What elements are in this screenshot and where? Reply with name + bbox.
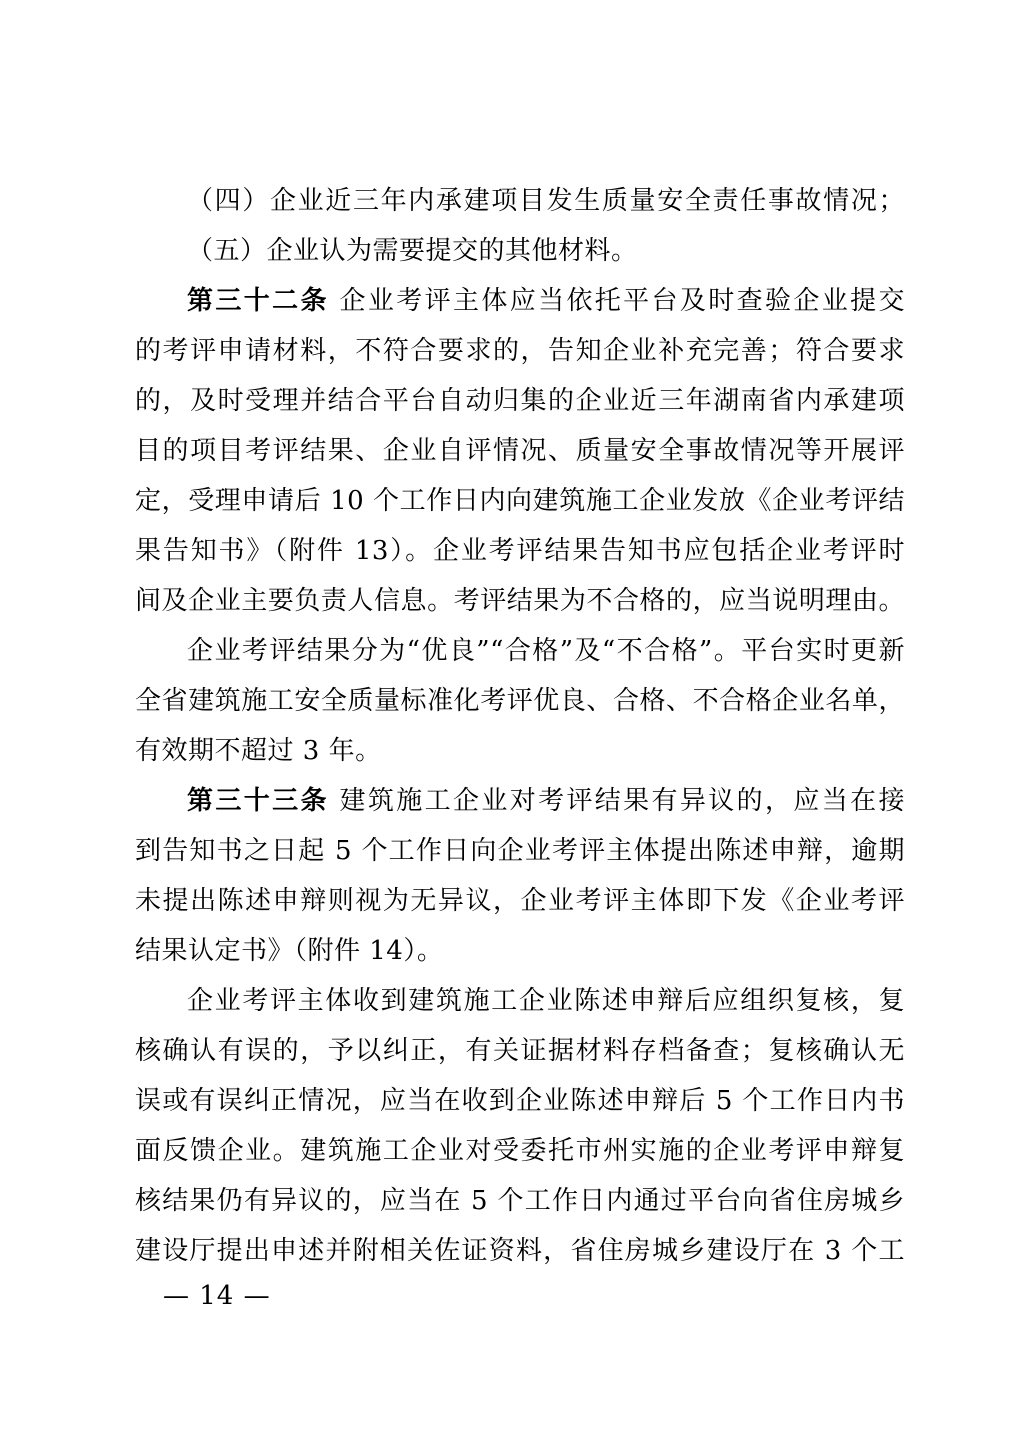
text-line: 误或有误纠正情况，应当在收到企业陈述申辩后 5 个工作日内书	[135, 1076, 905, 1126]
document-page: （四）企业近三年内承建项目发生质量安全责任事故情况；（五）企业认为需要提交的其他…	[0, 0, 1024, 1448]
text-line: 企业考评结果分为“优良”“合格”及“不合格”。平台实时更新	[135, 626, 905, 676]
text-segment: 企业考评主体应当依托平台及时查验企业提交	[329, 286, 905, 316]
text-segment: 核结果仍有异议的，应当在 5 个工作日内通过平台向省住房城乡	[135, 1186, 905, 1216]
text-segment: 的，及时受理并结合平台自动归集的企业近三年湖南省内承建项	[135, 386, 905, 416]
text-segment: 的考评申请材料，不符合要求的，告知企业补充完善；符合要求	[135, 336, 905, 366]
text-line: 核结果仍有异议的，应当在 5 个工作日内通过平台向省住房城乡	[135, 1176, 905, 1226]
text-line: 面反馈企业。建筑施工企业对受委托市州实施的企业考评申辩复	[135, 1126, 905, 1176]
text-segment: 间及企业主要负责人信息。考评结果为不合格的，应当说明理由。	[135, 586, 905, 616]
text-segment: 有效期不超过 3 年。	[135, 736, 382, 766]
text-line: 第三十二条 企业考评主体应当依托平台及时查验企业提交	[135, 276, 905, 326]
text-segment: 企业考评主体收到建筑施工企业陈述申辩后应组织复核，复	[187, 986, 905, 1016]
document-body: （四）企业近三年内承建项目发生质量安全责任事故情况；（五）企业认为需要提交的其他…	[135, 176, 905, 1276]
text-line: 核确认有误的，予以纠正，有关证据材料存档备查；复核确认无	[135, 1026, 905, 1076]
article-heading: 第三十二条	[187, 286, 329, 316]
text-segment: 未提出陈述申辩则视为无异议，企业考评主体即下发《企业考评	[135, 886, 905, 916]
text-segment: 结果认定书》（附件 14）。	[135, 936, 443, 966]
text-segment: 到告知书之日起 5 个工作日向企业考评主体提出陈述申辩，逾期	[135, 836, 905, 866]
text-segment: 果告知书》（附件 13）。企业考评结果告知书应包括企业考评时	[135, 536, 905, 566]
text-line: 建设厅提出申述并附相关佐证资料，省住房城乡建设厅在 3 个工	[135, 1226, 905, 1276]
text-segment: 全省建筑施工安全质量标准化考评优良、合格、不合格企业名单，	[135, 686, 905, 716]
text-segment: 误或有误纠正情况，应当在收到企业陈述申辩后 5 个工作日内书	[135, 1086, 905, 1116]
text-segment: 目的项目考评结果、企业自评情况、质量安全事故情况等开展评	[135, 436, 905, 466]
text-line: 间及企业主要负责人信息。考评结果为不合格的，应当说明理由。	[135, 576, 905, 626]
text-line: 有效期不超过 3 年。	[135, 726, 905, 776]
text-segment: 企业考评结果分为“优良”“合格”及“不合格”。平台实时更新	[187, 636, 905, 666]
article-heading: 第三十三条	[187, 786, 329, 816]
text-line: 目的项目考评结果、企业自评情况、质量安全事故情况等开展评	[135, 426, 905, 476]
text-line: 果告知书》（附件 13）。企业考评结果告知书应包括企业考评时	[135, 526, 905, 576]
text-segment: （五）企业认为需要提交的其他材料。	[187, 236, 638, 266]
text-line: 的，及时受理并结合平台自动归集的企业近三年湖南省内承建项	[135, 376, 905, 426]
text-line: （四）企业近三年内承建项目发生质量安全责任事故情况；	[135, 176, 905, 226]
text-line: 到告知书之日起 5 个工作日向企业考评主体提出陈述申辩，逾期	[135, 826, 905, 876]
text-segment: 定，受理申请后 10 个工作日内向建筑施工企业发放《企业考评结	[135, 486, 905, 516]
page-number: — 14 —	[163, 1280, 271, 1312]
text-line: 第三十三条 建筑施工企业对考评结果有异议的，应当在接	[135, 776, 905, 826]
text-segment: 建设厅提出申述并附相关佐证资料，省住房城乡建设厅在 3 个工	[135, 1236, 905, 1266]
text-line: 定，受理申请后 10 个工作日内向建筑施工企业发放《企业考评结	[135, 476, 905, 526]
text-line: 的考评申请材料，不符合要求的，告知企业补充完善；符合要求	[135, 326, 905, 376]
text-line: 未提出陈述申辩则视为无异议，企业考评主体即下发《企业考评	[135, 876, 905, 926]
text-segment: 面反馈企业。建筑施工企业对受委托市州实施的企业考评申辩复	[135, 1136, 905, 1166]
text-line: （五）企业认为需要提交的其他材料。	[135, 226, 905, 276]
text-segment: 建筑施工企业对考评结果有异议的，应当在接	[329, 786, 905, 816]
text-line: 企业考评主体收到建筑施工企业陈述申辩后应组织复核，复	[135, 976, 905, 1026]
text-segment: （四）企业近三年内承建项目发生质量安全责任事故情况；	[187, 186, 905, 216]
text-segment: 核确认有误的，予以纠正，有关证据材料存档备查；复核确认无	[135, 1036, 905, 1066]
text-line: 全省建筑施工安全质量标准化考评优良、合格、不合格企业名单，	[135, 676, 905, 726]
text-line: 结果认定书》（附件 14）。	[135, 926, 905, 976]
